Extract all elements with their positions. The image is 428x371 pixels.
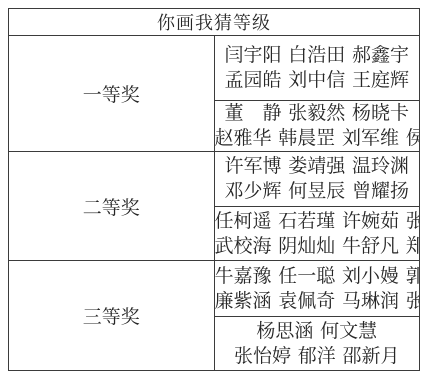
name-line: 赵雅华 韩晨罡 刘军维 侯英杰 <box>215 126 420 151</box>
title-row: 你画我猜等级 <box>9 9 420 36</box>
name-line: 杨思涵 何文慧 <box>215 319 420 344</box>
prize-table: 你画我猜等级 一等奖 闫宇阳 白浩田 郝鑫宇 孟园皓 刘中信 王庭辉 董 静 张… <box>8 8 420 371</box>
name-line: 董 静 张毅然 杨晓卡 <box>215 101 420 126</box>
names-cell-second-a: 许军博 娄靖强 温玲渊 邓少辉 何昱辰 曾耀扬 <box>214 152 420 207</box>
names-cell-third-b: 杨思涵 何文慧 张怡婷 郁洋 邵新月 <box>214 317 420 371</box>
prize-label-second: 二等奖 <box>9 152 215 261</box>
name-line: 孟园皓 刘中信 王庭辉 <box>215 68 420 93</box>
names-cell-first-a: 闫宇阳 白浩田 郝鑫宇 孟园皓 刘中信 王庭辉 <box>214 36 420 101</box>
name-line: 牛嘉豫 任一聪 刘小嫚 郭雪汝 <box>215 264 420 289</box>
table-row: 一等奖 闫宇阳 白浩田 郝鑫宇 孟园皓 刘中信 王庭辉 <box>9 36 420 101</box>
prize-label-first: 一等奖 <box>9 36 215 152</box>
prize-label-third: 三等奖 <box>9 261 215 371</box>
name-line: 张怡婷 郁洋 邵新月 <box>215 344 420 369</box>
names-cell-third-a: 牛嘉豫 任一聪 刘小嫚 郭雪汝 廉紫涵 袁佩奇 马琳润 张家慧 <box>214 261 420 317</box>
name-line: 许军博 娄靖强 温玲渊 <box>215 154 420 179</box>
names-cell-second-b: 任柯遥 石若瑾 许婉茹 张歆嫄 武校海 阴灿灿 牛舒凡 郑茹婵 <box>214 207 420 261</box>
name-line: 邓少辉 何昱辰 曾耀扬 <box>215 179 420 204</box>
name-line: 廉紫涵 袁佩奇 马琳润 张家慧 <box>215 289 420 314</box>
document-page: 你画我猜等级 一等奖 闫宇阳 白浩田 郝鑫宇 孟园皓 刘中信 王庭辉 董 静 张… <box>0 0 428 371</box>
name-line: 闫宇阳 白浩田 郝鑫宇 <box>215 43 420 68</box>
table-row: 三等奖 牛嘉豫 任一聪 刘小嫚 郭雪汝 廉紫涵 袁佩奇 马琳润 张家慧 <box>9 261 420 317</box>
names-cell-first-b: 董 静 张毅然 杨晓卡 赵雅华 韩晨罡 刘军维 侯英杰 <box>214 101 420 152</box>
table-title: 你画我猜等级 <box>9 9 420 36</box>
name-line: 武校海 阴灿灿 牛舒凡 郑茹婵 <box>215 234 420 259</box>
name-line: 任柯遥 石若瑾 许婉茹 张歆嫄 <box>215 209 420 234</box>
table-row: 二等奖 许军博 娄靖强 温玲渊 邓少辉 何昱辰 曾耀扬 <box>9 152 420 207</box>
